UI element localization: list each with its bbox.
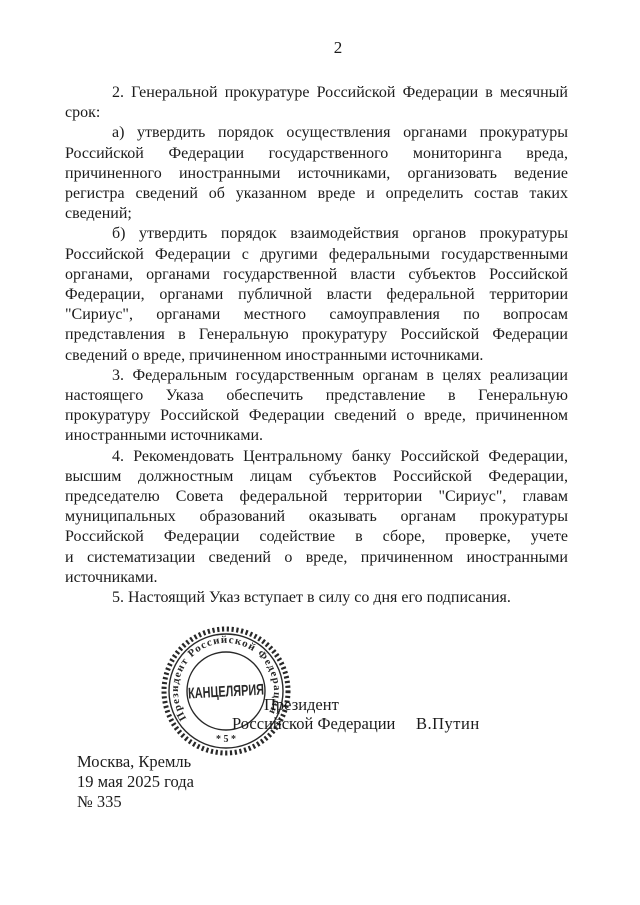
document-line: представления в Генеральную прокуратуру … — [65, 325, 568, 345]
stamp-ring-text: Президент Российской Федерации — [170, 635, 282, 723]
document-line: регистра сведений об указанном вреде и о… — [65, 184, 568, 204]
document-line: сведений; — [65, 204, 568, 224]
issue-number: № 335 — [77, 792, 194, 812]
document-line: органами, органами государственной власт… — [65, 265, 568, 285]
document-line: высшим должностным лицам субъектов Росси… — [65, 467, 568, 487]
document-line: "Сириус", органами местного самоуправлен… — [65, 305, 568, 325]
document-line: настоящего Указа обеспечить представлени… — [65, 386, 568, 406]
document-line: срок: — [65, 103, 568, 123]
document-line: и систематизации сведений о вреде, причи… — [65, 548, 568, 568]
document-line: муниципальных образований оказывать орга… — [65, 507, 568, 527]
document-line: источниками. — [65, 568, 568, 588]
document-line: 3. Федеральным государственным органам в… — [65, 366, 568, 386]
decree-page: 2 2. Генеральной прокуратуре Российской … — [0, 0, 640, 905]
issue-date: 19 мая 2025 года — [77, 772, 194, 792]
document-line: б) утвердить порядок взаимодействия орга… — [65, 224, 568, 244]
document-line: 4. Рекомендовать Центральному банку Росс… — [65, 447, 568, 467]
document-line: Российской Федерации содействие в сборе,… — [65, 527, 568, 547]
document-line: председателю Совета федеральной территор… — [65, 487, 568, 507]
document-line: 2. Генеральной прокуратуре Российской Фе… — [65, 83, 568, 103]
issue-place: Москва, Кремль — [77, 752, 194, 772]
document-line: Российской Федерации с другими федеральн… — [65, 245, 568, 265]
document-line: причиненного иностранными источниками, о… — [65, 164, 568, 184]
stamp-center-text: КАНЦЕЛЯРИЯ — [188, 682, 265, 703]
document-line: Российской Федерации государственного мо… — [65, 144, 568, 164]
document-body: 2. Генеральной прокуратуре Российской Фе… — [65, 83, 568, 608]
document-line: а) утвердить порядок осуществления орган… — [65, 123, 568, 143]
signature-name: В.Путин — [416, 714, 480, 734]
stamp-bottom-text: * 5 * — [216, 734, 236, 745]
document-line: 5. Настоящий Указ вступает в силу со дня… — [65, 588, 568, 608]
chancellery-stamp-icon: Президент Российской Федерации * 5 * КАН… — [156, 621, 296, 761]
document-line: прокуратуру Российской Федерации сведени… — [65, 406, 568, 426]
document-line: иностранными источниками. — [65, 426, 568, 446]
issue-block: Москва, Кремль 19 мая 2025 года № 335 — [77, 752, 194, 812]
page-number: 2 — [18, 38, 640, 58]
document-line: сведений о вреде, причиненном иностранны… — [65, 346, 568, 366]
document-line: Федерации, органами публичной власти фед… — [65, 285, 568, 305]
